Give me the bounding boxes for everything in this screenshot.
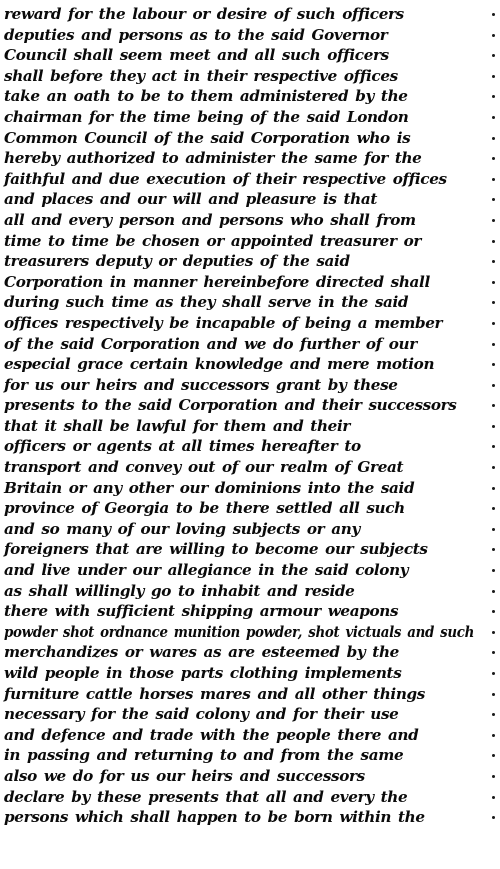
manuscript-line: as shall willingly go to inhabit and res… — [4, 581, 474, 602]
manuscript-line: powder shot ordnance munition powder, sh… — [4, 622, 418, 643]
margin-dot-icon — [490, 375, 500, 396]
margin-dot-icon — [490, 766, 500, 787]
margin-dot-icon — [490, 25, 500, 46]
margin-dot-icon — [490, 745, 500, 766]
margin-dot-icon — [490, 684, 500, 705]
manuscript-line: merchandizes or wares as are esteemed by… — [4, 642, 474, 663]
margin-dot-icon — [490, 725, 500, 746]
margin-dot-icon — [490, 272, 500, 293]
margin-dot-icon — [490, 210, 500, 231]
manuscript-line: province of Georgia to be there settled … — [4, 498, 474, 519]
margin-dot-icon — [490, 622, 500, 643]
margin-dot-icon — [490, 519, 500, 540]
margin-dot-icon — [490, 436, 500, 457]
margin-dot-icon — [490, 642, 500, 663]
margin-dot-icon — [490, 231, 500, 252]
margin-dot-icon — [490, 787, 500, 808]
margin-dot-icon — [490, 478, 500, 499]
margin-dot-icon — [490, 292, 500, 313]
manuscript-line: also we do for us our heirs and successo… — [4, 766, 474, 787]
margin-dot-icon — [490, 807, 500, 828]
margin-dot-icon — [490, 581, 500, 602]
manuscript-line: in passing and returning to and from the… — [4, 745, 474, 766]
manuscript-line: Britain or any other our dominions into … — [4, 478, 474, 499]
margin-dot-icon — [490, 395, 500, 416]
margin-dot-icon — [490, 86, 500, 107]
manuscript-line: chairman for the time being of the said … — [4, 107, 474, 128]
manuscript-line: and places and our will and pleasure is … — [4, 189, 474, 210]
margin-dot-icon — [490, 334, 500, 355]
margin-dot-icon — [490, 704, 500, 725]
manuscript-text: reward for the labour or desire of such … — [4, 4, 474, 828]
manuscript-line: faithful and due execution of their resp… — [4, 169, 474, 190]
margin-dot-icon — [490, 560, 500, 581]
manuscript-line: reward for the labour or desire of such … — [4, 4, 474, 25]
manuscript-line: and live under our allegiance in the sai… — [4, 560, 474, 581]
margin-dot-icon — [490, 498, 500, 519]
manuscript-line: offices respectively be incapable of bei… — [4, 313, 474, 334]
margin-dot-icon — [490, 313, 500, 334]
manuscript-line: furniture cattle horses mares and all ot… — [4, 684, 474, 705]
manuscript-line: all and every person and persons who sha… — [4, 210, 474, 231]
margin-dot-icon — [490, 189, 500, 210]
manuscript-line: for us our heirs and successors grant by… — [4, 375, 474, 396]
manuscript-line: shall before they act in their respectiv… — [4, 66, 474, 87]
margin-dot-icon — [490, 128, 500, 149]
margin-dot-icon — [490, 148, 500, 169]
margin-dot-column — [490, 4, 500, 828]
manuscript-line: there with sufficient shipping armour we… — [4, 601, 474, 622]
margin-dot-icon — [490, 354, 500, 375]
manuscript-line: presents to the said Corporation and the… — [4, 395, 474, 416]
margin-dot-icon — [490, 457, 500, 478]
manuscript-line: declare by these presents that all and e… — [4, 787, 474, 808]
margin-dot-icon — [490, 663, 500, 684]
manuscript-line: time to time be chosen or appointed trea… — [4, 231, 474, 252]
manuscript-page: reward for the labour or desire of such … — [0, 0, 500, 869]
manuscript-line: officers or agents at all times hereafte… — [4, 436, 474, 457]
manuscript-line: hereby authorized to administer the same… — [4, 148, 474, 169]
manuscript-line: that it shall be lawful for them and the… — [4, 416, 474, 437]
margin-dot-icon — [490, 601, 500, 622]
manuscript-line: Council shall seem meet and all such off… — [4, 45, 474, 66]
margin-dot-icon — [490, 416, 500, 437]
manuscript-line: during such time as they shall serve in … — [4, 292, 474, 313]
margin-dot-icon — [490, 539, 500, 560]
manuscript-line: of the said Corporation and we do furthe… — [4, 334, 474, 355]
margin-dot-icon — [490, 45, 500, 66]
manuscript-line: and so many of our loving subjects or an… — [4, 519, 474, 540]
margin-dot-icon — [490, 251, 500, 272]
margin-dot-icon — [490, 4, 500, 25]
manuscript-line: persons which shall happen to be born wi… — [4, 807, 474, 828]
margin-dot-icon — [490, 169, 500, 190]
manuscript-line: deputies and persons as to the said Gove… — [4, 25, 474, 46]
margin-dot-icon — [490, 107, 500, 128]
manuscript-line: Corporation in manner hereinbefore direc… — [4, 272, 474, 293]
margin-dot-icon — [490, 66, 500, 87]
manuscript-line: take an oath to be to them administered … — [4, 86, 474, 107]
manuscript-line: necessary for the said colony and for th… — [4, 704, 474, 725]
manuscript-line: especial grace certain knowledge and mer… — [4, 354, 474, 375]
manuscript-line: Common Council of the said Corporation w… — [4, 128, 474, 149]
manuscript-line: transport and convey out of our realm of… — [4, 457, 474, 478]
manuscript-line: and defence and trade with the people th… — [4, 725, 474, 746]
manuscript-line: foreigners that are willing to become ou… — [4, 539, 474, 560]
manuscript-line: wild people in those parts clothing impl… — [4, 663, 474, 684]
manuscript-line: treasurers deputy or deputies of the sai… — [4, 251, 474, 272]
